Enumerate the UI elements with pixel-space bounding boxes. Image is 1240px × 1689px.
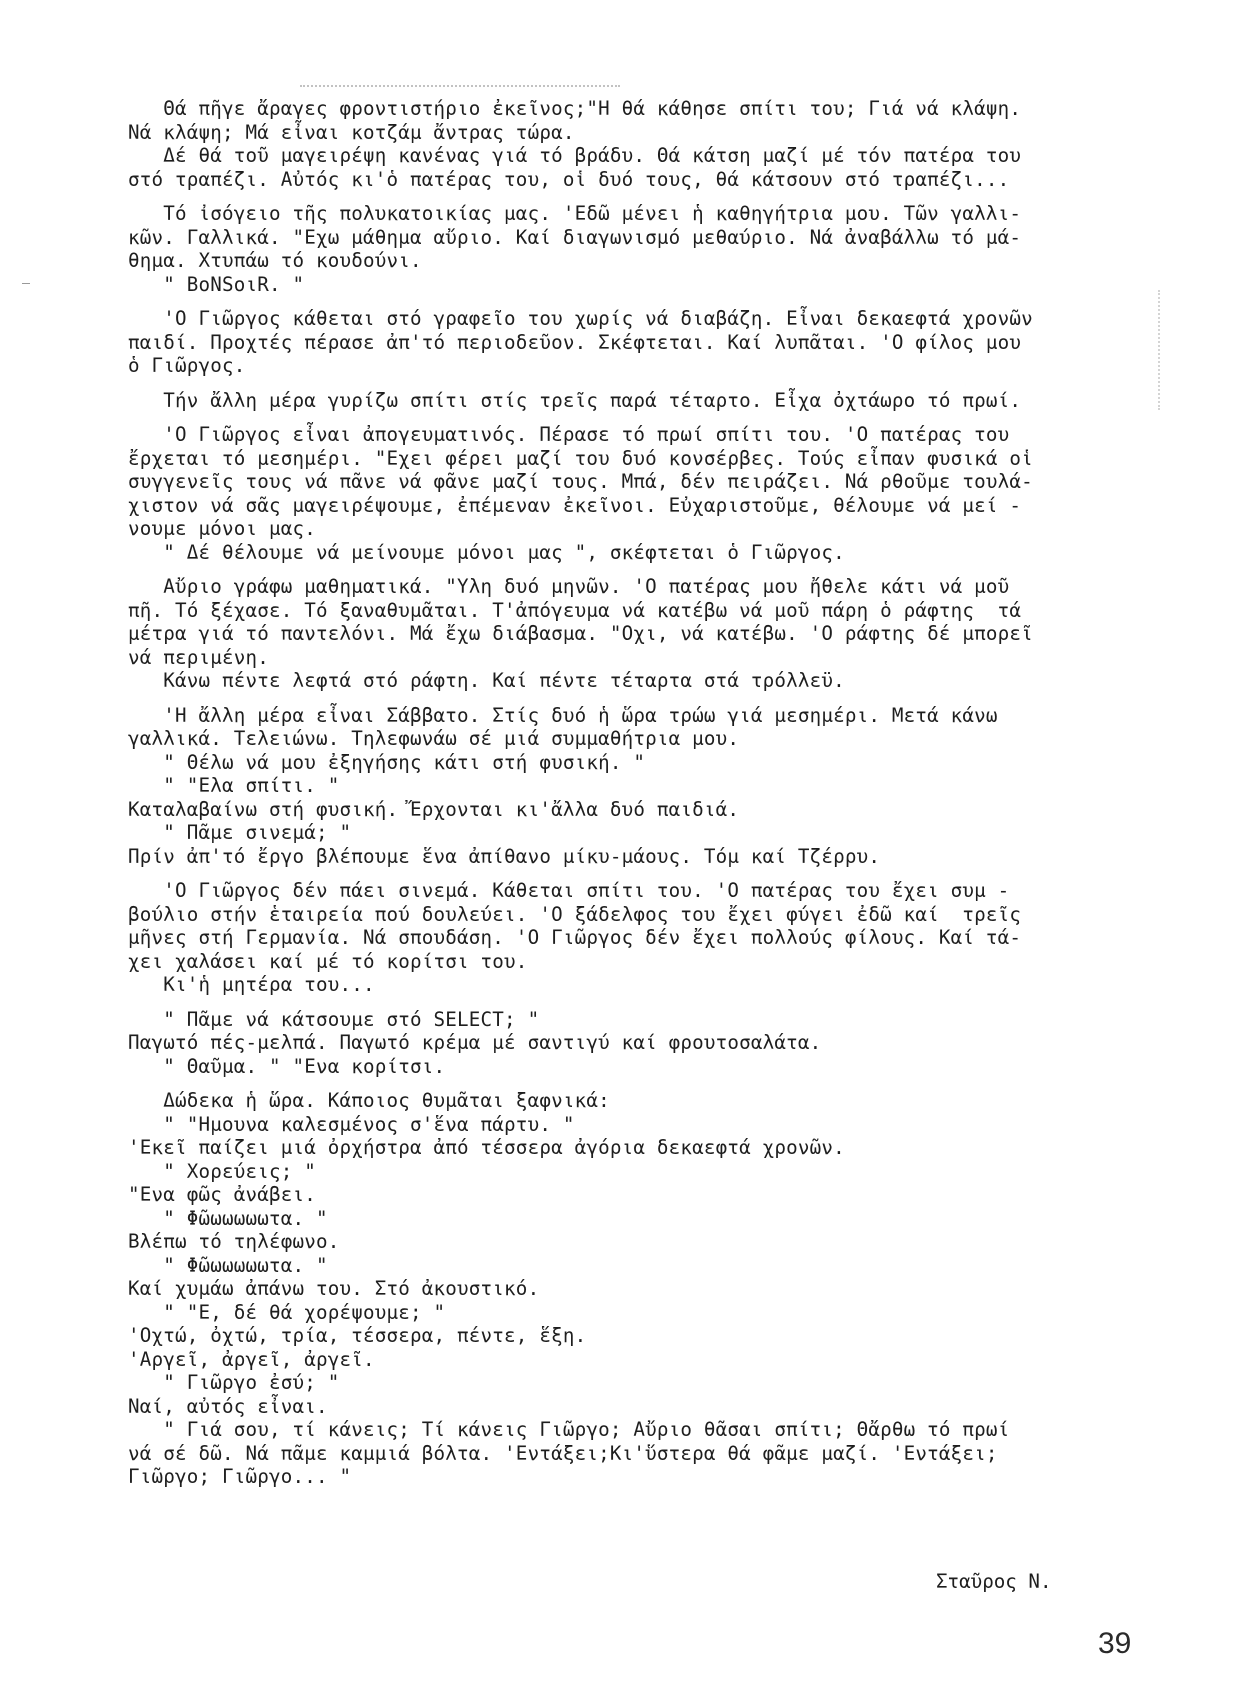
page-number: 39 <box>1098 1627 1131 1661</box>
text-line: Δώδεκα ἡ ὥρα. Κάποιος θυμᾶται ξαφνικά: <box>128 1089 1118 1113</box>
text-line: 'Εκεῖ παίζει μιά ὀρχήστρα ἀπό τέσσερα ἀγ… <box>128 1136 1118 1160</box>
text-line: " Χορεύεις; " <box>128 1160 1118 1184</box>
text-line: Παγωτό πές-μελπά. Παγωτό κρέμα μέ σαντιγ… <box>128 1031 1118 1055</box>
text-line: νά περιμένη. <box>128 646 1118 670</box>
text-line: θημα. Χτυπάω τό κουδούνι. <box>128 249 1118 273</box>
text-line: Καταλαβαίνω στή φυσική. Ἔρχονται κι'ἄλλα… <box>128 798 1118 822</box>
text-line: " "Ημουνα καλεσμένος σ'ἕνα πάρτυ. " <box>128 1113 1118 1137</box>
text-line: κῶν. Γαλλικά. "Εχω μάθημα αὔριο. Καί δια… <box>128 226 1118 250</box>
text-line: 'Ο Γιῶργος κάθεται στό γραφεῖο του χωρίς… <box>128 307 1118 331</box>
text-line: " "Ελα σπίτι. " <box>128 774 1118 798</box>
text-line: " Γιῶργο ἐσύ; " <box>128 1371 1118 1395</box>
text-line: " Φῶωωωωωτα. " <box>128 1207 1118 1231</box>
text-line: 'Αργεῖ, ἀργεῖ, ἀργεῖ. <box>128 1348 1118 1372</box>
margin-mark <box>22 283 30 284</box>
text-line: " Γιά σου, τί κάνεις; Τί κάνεις Γιῶργο; … <box>128 1418 1118 1442</box>
text-line: ὁ Γιῶργος. <box>128 354 1118 378</box>
author-signature: Σταῦρος Ν. <box>936 1570 1052 1593</box>
margin-artifact-dots <box>1158 290 1162 410</box>
text-line: Τό ἰσόγειο τῆς πολυκατοικίας μας. 'Εδῶ μ… <box>128 202 1118 226</box>
text-line: ἔρχεται τό μεσημέρι. "Εχει φέρει μαζί το… <box>128 447 1118 471</box>
text-line: " Φῶωωωωωτα. " <box>128 1254 1118 1278</box>
text-line: 'Οχτώ, ὀχτώ, τρία, τέσσερα, πέντε, ἕξη. <box>128 1324 1118 1348</box>
text-line: Καί χυμάω ἀπάνω του. Στό ἀκουστικό. <box>128 1277 1118 1301</box>
text-line: 'Ο Γιῶργος εἶναι ἀπογευματινός. Πέρασε τ… <box>128 423 1118 447</box>
scan-artifact-dots <box>300 85 620 89</box>
text-line: "Ενα φῶς ἀνάβει. <box>128 1183 1118 1207</box>
text-line: Γιῶργο; Γιῶργο... " <box>128 1465 1118 1489</box>
text-line: " Θαῦμα. " "Ενα κορίτσι. <box>128 1055 1118 1079</box>
text-line: μῆνες στή Γερμανία. Νά σπουδάση. 'Ο Γιῶρ… <box>128 926 1118 950</box>
text-line: βούλιο στήν ἑταιρεία πού δουλεύει. 'Ο ξά… <box>128 903 1118 927</box>
text-line: μέτρα γιά τό παντελόνι. Μά ἔχω διάβασμα.… <box>128 622 1118 646</box>
text-line: " Πᾶμε νά κάτσουμε στό SELECT; " <box>128 1008 1118 1032</box>
text-line: Κάνω πέντε λεφτά στό ράφτη. Καί πέντε τέ… <box>128 669 1118 693</box>
text-line: Αὔριο γράφω μαθηματικά. "Υλη δυό μηνῶν. … <box>128 575 1118 599</box>
text-line: παιδί. Προχτές πέρασε ἀπ'τό περιοδεῦον. … <box>128 331 1118 355</box>
text-line: στό τραπέζι. Αὐτός κι'ὁ πατέρας του, οἱ … <box>128 168 1118 192</box>
text-line: συγγενεῖς τους νά πᾶνε νά φᾶνε μαζί τους… <box>128 470 1118 494</box>
text-line: Πρίν ἀπ'τό ἔργο βλέπουμε ἕνα ἀπίθανο μίκ… <box>128 845 1118 869</box>
text-line: Κι'ἡ μητέρα του... <box>128 973 1118 997</box>
text-line: Νά κλάψη; Μά εἶναι κοτζάμ ἄντρας τώρα. <box>128 121 1118 145</box>
text-line: Βλέπω τό τηλέφωνο. <box>128 1230 1118 1254</box>
text-line: χιστον νά σᾶς μαγειρέψουμε, ἐπέμεναν ἐκε… <box>128 494 1118 518</box>
text-line: Τήν ἄλλη μέρα γυρίζω σπίτι στίς τρεῖς πα… <box>128 389 1118 413</box>
text-line: " Θέλω νά μου ἐξηγήσης κάτι στή φυσική. … <box>128 751 1118 775</box>
text-line: νά σέ δῶ. Νά πᾶμε καμμιά βόλτα. 'Εντάξει… <box>128 1442 1118 1466</box>
typewritten-page: Θά πῆγε ἄραγες φροντιστήριο ἐκεῖνος;"Η θ… <box>0 0 1240 1689</box>
text-line: γαλλικά. Τελειώνω. Τηλεφωνάω σέ μιά συμμ… <box>128 727 1118 751</box>
text-line: " Δέ θέλουμε νά μείνουμε μόνοι μας ", σκ… <box>128 541 1118 565</box>
text-line: χει χαλάσει καί μέ τό κορίτσι του. <box>128 950 1118 974</box>
text-line: πῆ. Τό ξέχασε. Τό ξαναθυμᾶται. Τ'ἀπόγευμ… <box>128 599 1118 623</box>
text-line: 'Ο Γιῶργος δέν πάει σινεμά. Κάθεται σπίτ… <box>128 879 1118 903</box>
text-line: νουμε μόνοι μας. <box>128 517 1118 541</box>
story-body: Θά πῆγε ἄραγες φροντιστήριο ἐκεῖνος;"Η θ… <box>128 97 1118 1489</box>
text-line: Θά πῆγε ἄραγες φροντιστήριο ἐκεῖνος;"Η θ… <box>128 97 1118 121</box>
text-line: " "Ε, δέ θά χορέψουμε; " <box>128 1301 1118 1325</box>
text-line: " Πᾶμε σινεμά; " <box>128 821 1118 845</box>
text-line: Δέ θά τοῦ μαγειρέψη κανένας γιά τό βράδυ… <box>128 144 1118 168</box>
text-line: Ναί, αὐτός εἶναι. <box>128 1395 1118 1419</box>
text-line: 'Η ἄλλη μέρα εἶναι Σάββατο. Στίς δυό ἡ ὥ… <box>128 704 1118 728</box>
text-line: " BoNSoιR. " <box>128 273 1118 297</box>
